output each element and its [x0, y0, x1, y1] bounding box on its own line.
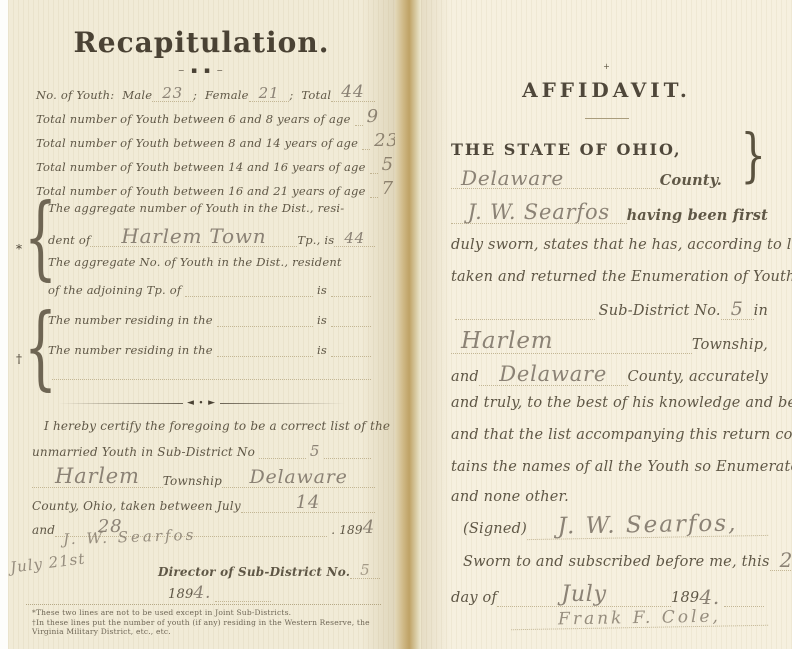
tp-is-label: Tp., is: [297, 234, 334, 247]
affiant-signature: J. W. Searfos,: [527, 512, 768, 540]
affiant-name-line: J. W. Searfos having been first: [451, 202, 768, 224]
aggregate-text: The aggregate No. of Youth in the Dist.,…: [48, 256, 342, 269]
age-row-label: Total number of Youth between 16 and 21 …: [36, 185, 366, 198]
county-label: County.: [660, 173, 722, 189]
year-handwritten: 4.: [193, 585, 211, 602]
in-label: in: [754, 304, 768, 320]
age-row-value: 7: [382, 180, 394, 198]
footnote-2: †In these lines put the number of youth …: [32, 618, 381, 637]
sub-district-label: Sub-District No.: [599, 304, 721, 320]
age-row-label: Total number of Youth between 6 and 8 ye…: [36, 113, 351, 126]
dotted-blank: [324, 455, 371, 459]
title-divider-ornament: ‒ ▪ ▪ ‒: [8, 66, 395, 76]
and-label: and: [32, 524, 55, 537]
left-page-recapitulation: Recapitulation. ‒ ▪ ▪ ‒ No. of Youth: Ma…: [8, 0, 395, 649]
book-scan: Recapitulation. ‒ ▪ ▪ ‒ No. of Youth: Ma…: [0, 0, 800, 649]
top-ornament: +: [421, 62, 792, 71]
county-accurately-label: County, accurately: [628, 370, 768, 386]
dotted-blank: [355, 122, 363, 126]
age-row: Total number of Youth between 14 and 16 …: [36, 156, 375, 174]
date-from-value: 14: [241, 494, 375, 513]
sub-district-line: Sub-District No. 5 in: [451, 300, 768, 320]
footnotes: *These two lines are not to be used exce…: [32, 608, 381, 637]
dagger-marker: †: [16, 352, 22, 366]
certify-line-1: I hereby certify the foregoing to be a c…: [44, 420, 375, 433]
dotted-blank: [331, 353, 371, 357]
age-row: Total number of Youth between 6 and 8 ye…: [36, 108, 375, 126]
residing-line-1: The number residing in the is: [48, 314, 375, 327]
state-heading-line: THE STATE OF OHIO,: [451, 140, 722, 159]
page-title: Recapitulation.: [8, 26, 395, 59]
director-no-value: 5: [350, 563, 380, 579]
dotted-blank: [215, 598, 271, 602]
day-of-line: day of July 189 4.: [451, 584, 768, 607]
separator: ;: [193, 89, 197, 102]
township-handwritten: Harlem Town: [90, 226, 297, 247]
body-line: taken and returned the Enumeration of Yo…: [451, 270, 768, 286]
aggregate-line-2: dent of Harlem Town Tp., is 44: [48, 226, 375, 247]
state-of-ohio-label: THE STATE OF OHIO,: [451, 140, 682, 159]
age-row-label: Total number of Youth between 14 and 16 …: [36, 161, 366, 174]
township-label: Township: [163, 475, 222, 488]
township-name-handwritten: Harlem: [451, 330, 692, 354]
aggregate-line-1: The aggregate number of Youth in the Dis…: [48, 202, 375, 215]
divider-glyph: ◄ ∙ ►: [183, 398, 220, 408]
aggregate-text: The aggregate number of Youth in the Dis…: [48, 202, 344, 215]
body-text: and truly, to the best of his knowledge …: [451, 396, 800, 412]
body-line: tains the names of all the Youth so Enum…: [451, 460, 768, 476]
dotted-blank: [455, 316, 595, 320]
body-text: and none other.: [451, 490, 569, 506]
dotted-blank: [259, 455, 306, 459]
body-line: and none other.: [451, 490, 768, 506]
body-text: duly sworn, states that he has, accordin…: [451, 238, 800, 254]
year-handwritten: 4: [363, 519, 375, 537]
footnote-1: *These two lines are not to be used exce…: [32, 608, 381, 618]
male-label: Male: [122, 89, 152, 102]
right-brace-glyph: }: [741, 127, 766, 185]
day-of-label: day of: [451, 591, 497, 607]
certify-line-2: unmarried Youth in Sub-District No 5: [32, 444, 375, 459]
aggregate-line-4: of the adjoining Tp. of is: [48, 284, 375, 297]
township-name-handwritten: Harlem: [32, 466, 163, 488]
body-text: tains the names of all the Youth so Enum…: [451, 460, 800, 476]
certify-text: I hereby certify the foregoing to be a c…: [44, 420, 390, 433]
sworn-line: Sworn to and subscribed before me, this …: [463, 550, 768, 571]
dotted-blank: [217, 353, 313, 357]
age-row-label: Total number of Youth between 8 and 14 y…: [36, 137, 358, 150]
township-label: Township,: [692, 338, 768, 354]
county-name-handwritten: Delaware: [479, 364, 628, 386]
body-text: and that the list accompanying this retu…: [451, 428, 800, 444]
director-label: Director of Sub-District No.: [158, 566, 350, 579]
year-printed-prefix: 189: [168, 588, 193, 602]
dotted-blank: [331, 293, 371, 297]
dotted-blank: [217, 323, 313, 327]
aggregate-count-value: 44: [334, 231, 375, 247]
age-row: Total number of Youth between 16 and 21 …: [36, 180, 375, 198]
divider-bar: [58, 403, 183, 404]
sworn-text: Sworn to and subscribed before me, this: [463, 555, 770, 571]
female-count-value: 21: [249, 86, 290, 102]
total-count-value: 44: [331, 84, 374, 102]
notary-line: Frank F. Cole,: [511, 610, 768, 628]
year-printed-prefix: 189: [671, 591, 699, 607]
dotted-blank: [370, 194, 378, 198]
section-divider-ornament: ◄ ∙ ►: [58, 398, 345, 408]
age-row-value: 5: [382, 156, 394, 174]
dent-of-label: dent of: [48, 234, 90, 247]
residing-label: The number residing in the: [48, 344, 213, 357]
dotted-blank: [185, 293, 313, 297]
county-line: Delaware County.: [451, 168, 722, 189]
county-name-handwritten: Delaware: [222, 468, 375, 488]
township-line: Harlem Township Delaware: [32, 466, 375, 488]
date-note-handwritten: July 21st: [9, 551, 86, 575]
year-handwritten: 4.: [699, 587, 720, 607]
sub-district-no-value: 5: [721, 300, 754, 320]
having-been-first-label: having been first: [627, 208, 768, 224]
total-label: Total: [301, 89, 331, 102]
footnote-rule: [26, 604, 381, 605]
residing-label: The number residing in the: [48, 314, 213, 327]
body-line: duly sworn, states that he has, accordin…: [451, 238, 768, 254]
director-line: Director of Sub-District No. 5: [158, 563, 375, 579]
page-edge: [792, 0, 800, 649]
body-line: and truly, to the best of his knowledge …: [451, 396, 768, 412]
county-accurately-line: and Delaware County, accurately: [451, 364, 768, 386]
certify-text: unmarried Youth in Sub-District No: [32, 446, 255, 459]
body-text: taken and returned the Enumeration of Yo…: [451, 270, 800, 286]
age-row-value: 9: [367, 108, 379, 126]
adjoining-tp-label: of the adjoining Tp. of: [48, 284, 181, 297]
enumerator-signature: J. W. Searfos: [63, 528, 197, 548]
is-label: is: [317, 314, 327, 327]
right-page-affidavit: + AFFIDAVIT. } THE STATE OF OHIO, Delawa…: [421, 0, 792, 649]
year-printed-prefix: . 189: [331, 524, 363, 537]
county-ohio-label: County, Ohio, taken between July: [32, 500, 241, 513]
asterisk-marker: *: [16, 242, 22, 256]
female-label: Female: [205, 89, 249, 102]
affiant-name-handwritten: J. W. Searfos: [451, 202, 627, 224]
body-line: and that the list accompanying this retu…: [451, 428, 768, 444]
divider-bar: [220, 403, 345, 404]
book-gutter: [395, 0, 421, 649]
no-of-youth-label: No. of Youth:: [36, 89, 114, 102]
age-row: Total number of Youth between 8 and 14 y…: [36, 132, 375, 150]
dotted-blank: [331, 323, 371, 327]
is-label: is: [317, 344, 327, 357]
residing-line-empty: [48, 376, 375, 380]
affidavit-title: AFFIDAVIT.: [421, 78, 792, 102]
is-label: is: [317, 284, 327, 297]
signed-label: (Signed): [463, 522, 527, 538]
signed-line: (Signed) J. W. Searfos,: [463, 514, 768, 538]
and-label: and: [451, 370, 479, 386]
year-line: 189 4.: [168, 585, 275, 602]
dotted-blank: [362, 146, 370, 150]
dotted-blank: [52, 376, 371, 380]
township-line: Harlem Township,: [451, 330, 768, 354]
aggregate-line-3: The aggregate No. of Youth in the Dist.,…: [48, 256, 375, 269]
title-rule: [585, 118, 629, 119]
county-date-line: County, Ohio, taken between July 14: [32, 494, 375, 513]
separator: ;: [289, 89, 293, 102]
county-name-handwritten: Delaware: [451, 168, 660, 189]
youth-count-line: No. of Youth: Male 23 ; Female 21 ; Tota…: [36, 84, 379, 102]
residing-line-2: The number residing in the is: [48, 344, 375, 357]
dotted-blank: [724, 603, 764, 607]
sub-district-no-value: 5: [310, 444, 320, 459]
month-handwritten: July: [497, 584, 671, 607]
dotted-blank: [370, 170, 378, 174]
male-count-value: 23: [152, 86, 193, 102]
notary-signature: Frank F. Cole,: [511, 608, 768, 630]
